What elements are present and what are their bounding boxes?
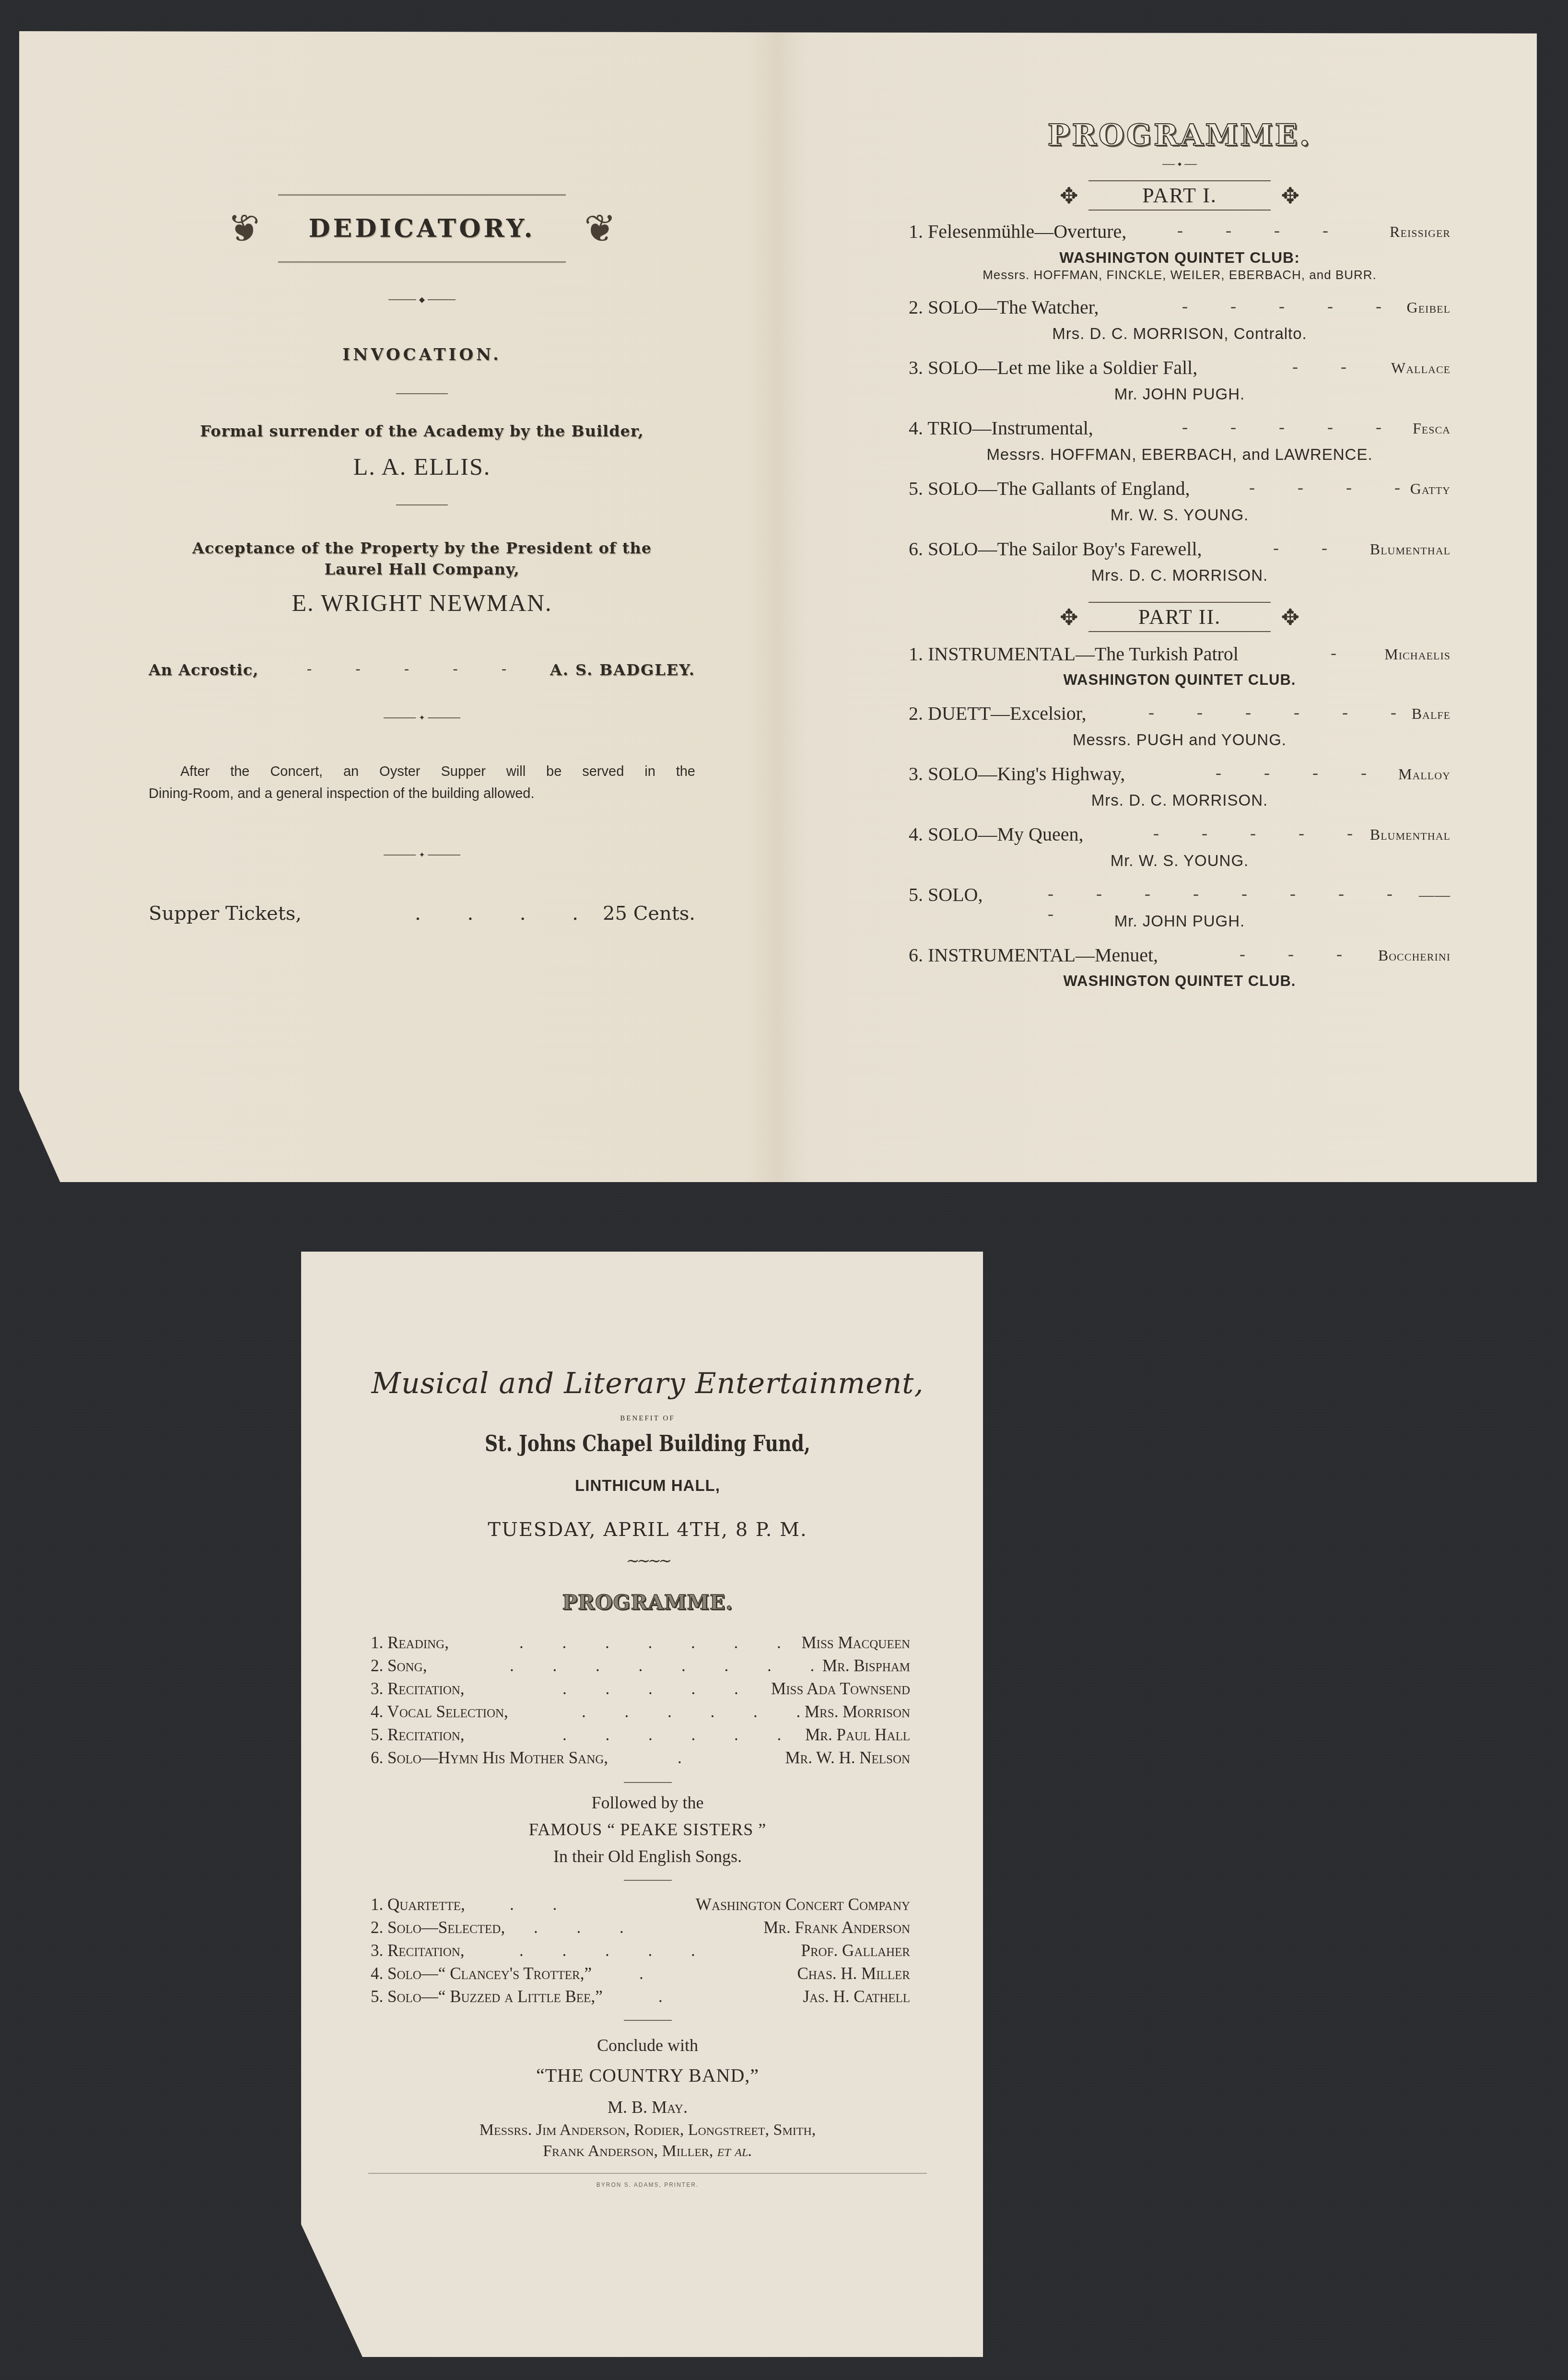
part-1-frame: PART I. (1088, 180, 1271, 211)
ornamental-divider: ✦ (384, 715, 460, 721)
handbill-content: Musical and Literary Entertainment, BENE… (366, 1252, 929, 2188)
handbill-title: Musical and Literary Entertainment, (366, 1367, 929, 1400)
item-dots: . . . . . . . . (510, 1656, 831, 1676)
programme-item: 5. SOLO—The Gallants of England, - - - -… (909, 477, 1451, 504)
item-dashes: - - - - - (1182, 417, 1401, 437)
item-performer: Mr. Bispham (822, 1656, 910, 1676)
item-composer: Wallace (1391, 359, 1451, 377)
item-title: 3. SOLO—Let me like a Soldier Fall, (909, 356, 1197, 379)
second-programme-list: 1. Quartette,. .Washington Concert Compa… (366, 1895, 929, 2010)
benefit-of-label: BENEFIT OF (366, 1415, 929, 1423)
acrostic-dashes: - - - - - (307, 661, 527, 677)
item-performer: WASHINGTON QUINTET CLUB. (909, 973, 1451, 990)
item-dashes: - (1331, 643, 1356, 663)
ornamental-divider: ✦ (384, 852, 460, 858)
programme-item: 4. Solo—“ Clancey's Trotter,”.Chas. H. M… (371, 1964, 910, 1987)
invocation-heading: INVOCATION. (149, 345, 695, 364)
item-title: 5. Recitation, (371, 1725, 465, 1745)
item-composer: Michaelis (1384, 645, 1451, 663)
item-performer: Mr. Frank Anderson (763, 1918, 910, 1937)
item-dashes: - - - - (1216, 762, 1386, 783)
item-performer: Mrs. D. C. MORRISON, Contralto. (909, 325, 1451, 343)
acceptance-line-2: Laurel Hall Company, (149, 560, 695, 578)
item-performer: WASHINGTON QUINTET CLUB. (909, 671, 1451, 689)
conclude-with-text: Conclude with (366, 2035, 929, 2055)
programme-item: 4. TRIO—Instrumental, - - - - - Fesca (909, 417, 1451, 444)
programme-title: PROGRAMME. (909, 117, 1451, 152)
dedicatory-page: DEDICATORY. ◆ INVOCATION. Formal surrend… (149, 31, 695, 929)
programme-item: 5. SOLO, - - - - - - - - - —— (909, 883, 1451, 910)
venue: LINTHICUM HALL, (366, 1477, 929, 1495)
item-title: 1. Felesenmühle—Overture, (909, 220, 1126, 243)
et-al-text: et al. (717, 2142, 752, 2160)
part-1-heading: PART I. (1088, 183, 1271, 208)
band-members-names: Frank Anderson, Miller, (543, 2142, 713, 2160)
programme-item: 1. Reading,. . . . . . .Miss Macqueen (371, 1633, 910, 1656)
divider (624, 1782, 672, 1783)
item-composer: Fesca (1413, 420, 1451, 437)
footer-rule (368, 2173, 927, 2174)
tickets-dots: . . . . (415, 903, 598, 925)
item-title: 5. SOLO—The Gallants of England, (909, 477, 1190, 500)
item-title: 2. Solo—Selected, (371, 1918, 505, 1937)
item-title: 5. Solo—“ Buzzed a Little Bee,” (371, 1987, 603, 2006)
item-dashes: - - - - (1249, 477, 1419, 497)
item-dashes: - - - - - (1182, 296, 1401, 316)
item-dashes: - - - - - - - - - (1048, 883, 1451, 924)
item-title: 6. INSTRUMENTAL—Menuet, (909, 944, 1158, 966)
printer-credit: BYRON S. ADAMS, PRINTER. (366, 2181, 929, 2188)
item-composer: —— (1419, 886, 1451, 904)
item-composer: Gatty (1410, 480, 1451, 498)
entertainment-handbill: Musical and Literary Entertainment, BENE… (301, 1252, 983, 2357)
item-title: 4. Solo—“ Clancey's Trotter,” (371, 1964, 592, 1983)
item-dots: . . . . . . . (562, 1725, 842, 1745)
item-dots: . . . (534, 1918, 641, 1937)
item-title: 2. DUETT—Excelsior, (909, 702, 1087, 725)
supper-note: After the Concert, an Oyster Supper will… (149, 761, 695, 805)
item-performer: Miss Macqueen (801, 1633, 910, 1653)
item-dots: . . . . . . (582, 1702, 818, 1722)
item-title: 6. SOLO—The Sailor Boy's Farewell, (909, 538, 1202, 560)
item-composer: Blumenthal (1370, 826, 1451, 844)
first-programme-list: 1. Reading,. . . . . . .Miss Macqueen 2.… (366, 1633, 929, 1771)
item-composer: Geibel (1407, 299, 1451, 317)
item-performer: Mr. W. S. YOUNG. (909, 852, 1451, 870)
item-performer: Mr. W. H. Nelson (785, 1748, 910, 1768)
old-english-songs-text: In their Old English Songs. (366, 1846, 929, 1866)
programme-item: 6. INSTRUMENTAL—Menuet, - - - Boccherini (909, 944, 1451, 971)
item-dots: . (678, 1748, 699, 1768)
dedicatory-ornamental-frame: DEDICATORY. (278, 194, 566, 263)
item-title: 3. Recitation, (371, 1679, 465, 1699)
item-dashes: - - (1273, 538, 1346, 558)
item-dashes: - - - - - (1153, 823, 1372, 843)
item-composer: Boccherini (1378, 947, 1451, 964)
item-title: 6. Solo—Hymn His Mother Sang, (371, 1748, 608, 1768)
tickets-label: Supper Tickets, (149, 903, 302, 925)
item-performer: Mrs. D. C. MORRISON. (909, 791, 1451, 809)
programme-item: 1. INSTRUMENTAL—The Turkish Patrol - Mic… (909, 643, 1451, 669)
item-performer: Jas. H. Cathell (803, 1987, 910, 2006)
country-band-heading: “THE COUNTRY BAND,” (366, 2064, 929, 2087)
programme-item: 1. Quartette,. .Washington Concert Compa… (371, 1895, 910, 1918)
item-performer: Messrs. PUGH and YOUNG. (909, 731, 1451, 749)
ornamental-divider: ◆ (1162, 161, 1197, 168)
programme-item: 6. Solo—Hymn His Mother Sang,.Mr. W. H. … (371, 1748, 910, 1771)
band-members-line-1: Messrs. Jim Anderson, Rodier, Longstreet… (366, 2121, 929, 2139)
part-2-heading: PART II. (1088, 605, 1271, 629)
programme-item: 3. Recitation,. . . . .Prof. Gallaher (371, 1941, 910, 1964)
item-dots: . (658, 1987, 680, 2006)
ornamental-divider: ◆ (388, 296, 456, 303)
item-performer: Mr. JOHN PUGH. (909, 385, 1451, 403)
followed-by-text: Followed by the (366, 1793, 929, 1813)
surrender-text: Formal surrender of the Academy by the B… (149, 422, 695, 440)
programme-item: 2. Solo—Selected,. . .Mr. Frank Anderson (371, 1918, 910, 1941)
diamond-ornament-icon: ◆ (1175, 161, 1184, 168)
handbill-programme-title: PROGRAMME. (366, 1591, 929, 1614)
tickets-price: 25 Cents. (603, 903, 695, 925)
programme-item: 3. SOLO—Let me like a Soldier Fall, - - … (909, 356, 1451, 383)
item-title: 4. Vocal Selection, (371, 1702, 508, 1722)
programme-item: 6. SOLO—The Sailor Boy's Farewell, - - B… (909, 538, 1451, 564)
item-performer: WASHINGTON QUINTET CLUB: (909, 249, 1451, 267)
item-performer: Mr. Paul Hall (805, 1725, 910, 1745)
president-name: E. WRIGHT NEWMAN. (149, 589, 695, 617)
acrostic-author: A. S. BADGLEY. (550, 661, 695, 679)
item-dots: . . . . . . . (519, 1633, 798, 1653)
programme-item: 2. Song,. . . . . . . .Mr. Bispham (371, 1656, 910, 1679)
wavy-divider-icon: ∼∼∼∼ (366, 1551, 929, 1571)
item-performer: Miss Ada Townsend (771, 1679, 910, 1699)
dedicatory-title: DEDICATORY. (278, 214, 566, 243)
part-2-frame: PART II. (1088, 602, 1271, 632)
acrostic-label: An Acrostic, (149, 661, 258, 679)
item-title: 5. SOLO, (909, 883, 983, 906)
programme-item: 2. SOLO—The Watcher, - - - - - Geibel (909, 296, 1451, 323)
programme-item: 4. SOLO—My Queen, - - - - - Blumenthal (909, 823, 1451, 850)
item-title: 1. INSTRUMENTAL—The Turkish Patrol (909, 643, 1239, 665)
item-performer: Prof. Gallaher (801, 1941, 910, 1960)
item-performer: Mrs. D. C. MORRISON. (909, 566, 1451, 585)
programme-item: 5. Solo—“ Buzzed a Little Bee,”.Jas. H. … (371, 1987, 910, 2010)
peake-sisters-heading: FAMOUS “ PEAKE SISTERS ” (366, 1819, 929, 1840)
item-dots: . . . . . (519, 1941, 713, 1960)
item-performer: Mrs. Morrison (805, 1702, 910, 1722)
leaf-ornament-icon: ✦ (416, 852, 428, 858)
acrostic-row: An Acrostic, - - - - - A. S. BADGLEY. (149, 661, 695, 685)
programme-item: 4. Vocal Selection,. . . . . .Mrs. Morri… (371, 1702, 910, 1725)
leaf-ornament-icon: ✦ (416, 715, 428, 721)
band-leader: M. B. May. (366, 2097, 929, 2117)
item-dashes: - - - (1240, 944, 1361, 964)
part-1-list: 1. Felesenmühle—Overture, - - - - Reissi… (909, 220, 1451, 585)
supper-tickets-row: Supper Tickets, . . . . 25 Cents. (149, 903, 695, 929)
programme-item: 5. Recitation,. . . . . . .Mr. Paul Hall (371, 1725, 910, 1748)
item-composer: Malloy (1398, 765, 1451, 783)
item-dashes: - - - - (1177, 220, 1347, 240)
diamond-ornament-icon: ◆ (416, 296, 428, 303)
divider (396, 393, 448, 394)
item-performer: Mr. W. S. YOUNG. (909, 506, 1451, 524)
item-title: 1. Quartette, (371, 1895, 465, 1914)
item-dots: . (639, 1964, 661, 1983)
item-composer: Blumenthal (1370, 540, 1451, 558)
divider (624, 2020, 672, 2021)
supper-note-line-1: After the Concert, an Oyster Supper will… (149, 761, 695, 783)
programme-item: 3. SOLO—King's Highway, - - - - Malloy (909, 762, 1451, 789)
item-title: 3. SOLO—King's Highway, (909, 762, 1125, 785)
item-performer: Chas. H. Miller (797, 1964, 910, 1983)
programme-item: 1. Felesenmühle—Overture, - - - - Reissi… (909, 220, 1451, 247)
item-performer-members: Messrs. HOFFMAN, FINCKLE, WEILER, EBERBA… (909, 268, 1451, 282)
divider (624, 1880, 672, 1881)
item-title: 1. Reading, (371, 1633, 449, 1653)
programme-page: PROGRAMME. ◆ PART I. 1. Felesenmühle—Ove… (909, 31, 1451, 1003)
fund-name: St. Johns Chapel Building Fund, (417, 1430, 879, 1456)
supper-note-line-2: Dining-Room, and a general inspection of… (149, 783, 695, 805)
folded-program-sheet: DEDICATORY. ◆ INVOCATION. Formal surrend… (19, 31, 1537, 1182)
item-performer: Washington Concert Company (696, 1895, 910, 1914)
item-performer: Messrs. HOFFMAN, EBERBACH, and LAWRENCE. (909, 446, 1451, 464)
part-2-list: 1. INSTRUMENTAL—The Turkish Patrol - Mic… (909, 643, 1451, 990)
item-title: 2. SOLO—The Watcher, (909, 296, 1099, 318)
programme-item: 3. Recitation,. . . . .Miss Ada Townsend (371, 1679, 910, 1702)
item-composer: Reissiger (1390, 223, 1451, 241)
item-dots: . . . . . (562, 1679, 756, 1699)
programme-item: 2. DUETT—Excelsior, - - - - - - Balfe (909, 702, 1451, 729)
band-members-line-2: Frank Anderson, Miller, et al. (366, 2142, 929, 2160)
builder-name: L. A. ELLIS. (149, 453, 695, 481)
item-dashes: - - - - - - (1148, 702, 1416, 722)
acceptance-line-1: Acceptance of the Property by the Presid… (149, 539, 695, 557)
item-composer: Balfe (1412, 705, 1451, 723)
item-title: 4. TRIO—Instrumental, (909, 417, 1093, 439)
event-date: TUESDAY, APRIL 4TH, 8 P. M. (366, 1519, 929, 1541)
item-title: 4. SOLO—My Queen, (909, 823, 1083, 845)
divider (396, 504, 448, 505)
item-title: 2. Song, (371, 1656, 427, 1676)
item-title: 3. Recitation, (371, 1941, 465, 1960)
item-dots: . . (510, 1895, 574, 1914)
item-dashes: - - (1292, 356, 1366, 376)
